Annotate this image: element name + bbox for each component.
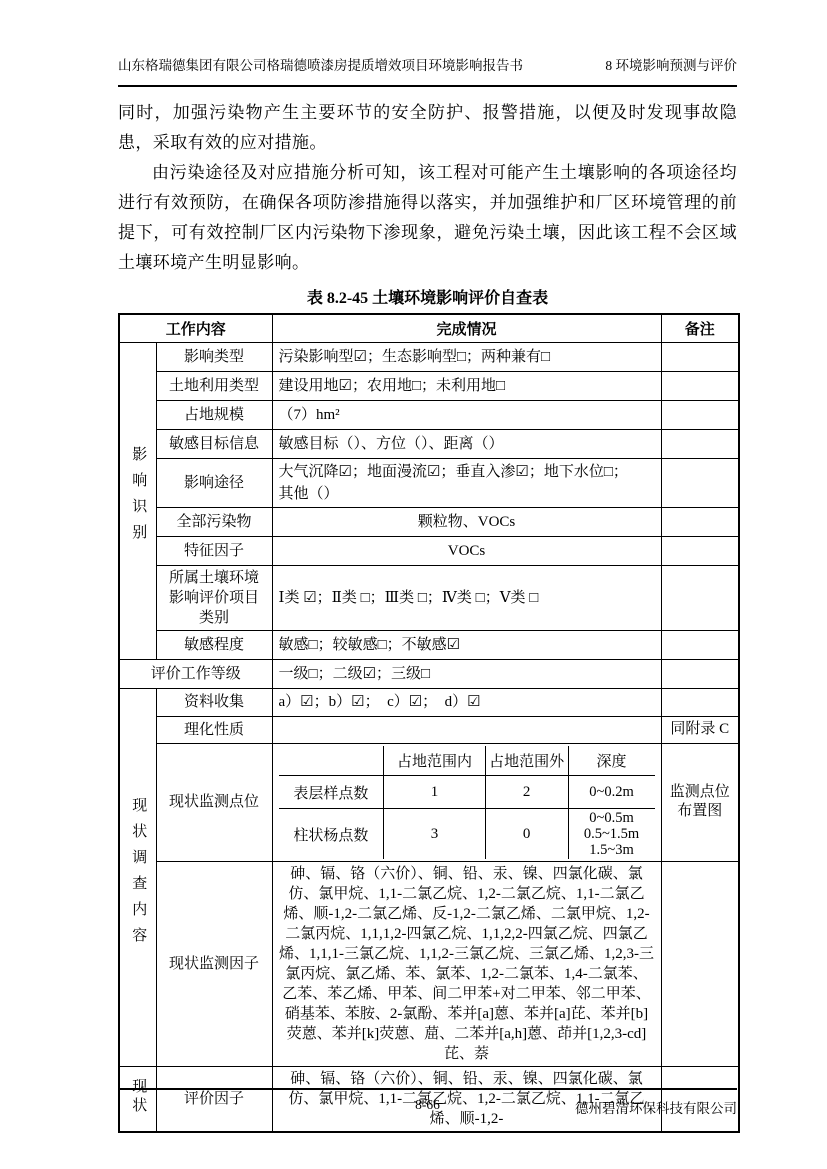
row-remark-cell [661,659,739,688]
row-label-cell: 评价工作等级 [119,659,272,688]
inner-inside-count: 3 [384,809,486,860]
row-label-cell: 影响途径 [156,458,272,507]
row-label-cell: 敏感目标信息 [156,429,272,458]
row-remark-cell [661,507,739,536]
inner-header-inside: 占地范围内 [384,746,486,776]
row-remark-cell [661,429,739,458]
inner-row-label: 柱状杨点数 [279,809,384,860]
header-completion: 完成情况 [272,314,661,342]
row-remark-cell [661,400,739,429]
row-label-cell: 现状监测点位 [156,743,272,862]
row-value-cell: 敏感目标（）、方位（）、距离（） [272,429,661,458]
row-label-cell: 现状监测因子 [156,862,272,1067]
table-title: 表 8.2-45 土壤环境影响评价自查表 [118,285,737,308]
group-survey-label: 现状调查内容 [130,797,145,953]
row-label-cell: 特征因子 [156,536,272,565]
row-evaluation-level: 评价工作等级 一级□；二级☑；三级□ [119,659,739,688]
row-value-cell: a）☑；b）☑； c）☑； d）☑ [272,688,661,716]
group-status-survey: 现状调查内容 [119,688,156,1067]
row-value-cell: VOCs [272,536,661,565]
row-impact-path: 影响途径 大气沉降☑；地面漫流☑；垂直入渗☑；地下水位□； 其他（） [119,458,739,507]
row-data-collection: 现状调查内容 资料收集 a）☑；b）☑； c）☑； d）☑ [119,688,739,716]
row-remark-cell [661,536,739,565]
row-label-cell: 理化性质 [156,716,272,743]
row-label-cell: 全部污染物 [156,507,272,536]
row-value-cell: 颗粒物、VOCs [272,507,661,536]
header-work-content: 工作内容 [119,314,272,342]
row-value-cell: 一级□；二级☑；三级□ [272,659,661,688]
row-monitoring-factors: 现状监测因子 砷、镉、铬（六价）、铜、铅、汞、镍、四氯化碳、氯仿、氯甲烷、1,1… [119,862,739,1067]
row-remark-cell [661,862,739,1067]
row-characteristic-factor: 特征因子 VOCs [119,536,739,565]
inner-header-depth: 深度 [568,746,655,776]
paragraph-1: 同时，加强污染物产生主要环节的安全防护、报警措施，以便及时发现事故隐患，采取有效… [118,98,737,158]
row-sensitivity: 敏感程度 敏感□；较敏感□；不敏感☑ [119,630,739,659]
inner-depth-value: 0~0.2m [568,776,655,809]
self-check-table: 工作内容 完成情况 备注 影响识别 影响类型 污染影响型☑；生态影响型□；两种兼… [118,313,740,1133]
row-sensitive-target-info: 敏感目标信息 敏感目标（）、方位（）、距离（） [119,429,739,458]
row-value-cell: 大气沉降☑；地面漫流☑；垂直入渗☑；地下水位□； 其他（） [272,458,661,507]
group-impact-identification: 影响识别 [119,342,156,659]
row-label-cell: 占地规模 [156,400,272,429]
row-value-cell: 污染影响型☑；生态影响型□；两种兼有□ [272,342,661,371]
row-remark-cell [661,458,739,507]
row-value-cell: （7）hm² [272,400,661,429]
row-physicochemical: 理化性质 同附录 C [119,716,739,743]
row-label-cell: 敏感程度 [156,630,272,659]
inner-row-label: 表层样点数 [279,776,384,809]
row-all-pollutants: 全部污染物 颗粒物、VOCs [119,507,739,536]
header-report-title: 山东格瑞德集团有限公司格瑞德喷漆房提质增效项目环境影响报告书 [118,54,523,74]
row-remark-cell [661,688,739,716]
row-remark-cell: 监测点位 布置图 [661,743,739,862]
inner-header-outside: 占地范围外 [485,746,568,776]
row-label-cell: 资料收集 [156,688,272,716]
header-remark: 备注 [661,314,739,342]
row-monitoring-points: 现状监测点位 占地范围内 占地范围外 深度 表层样点数 [119,743,739,862]
page-content: 同时，加强污染物产生主要环节的安全防护、报警措施，以便及时发现事故隐患，采取有效… [118,98,737,1133]
inner-depth-value: 0~0.5m 0.5~1.5m 1.5~3m [568,809,655,860]
document-page: 山东格瑞德集团有限公司格瑞德喷漆房提质增效项目环境影响报告书 8 环境影响预测与… [0,0,827,1169]
group-impact-label: 影响识别 [130,446,145,550]
row-area-scale: 占地规模 （7）hm² [119,400,739,429]
inner-row-column: 柱状杨点数 3 0 0~0.5m 0.5~1.5m 1.5~3m [279,809,655,860]
inner-inside-count: 1 [384,776,486,809]
footer-company: 德州碧清环保科技有限公司 [575,1097,737,1117]
row-project-category: 所属土壤环境影响评价项目类别 Ⅰ类 ☑；Ⅱ类 □；Ⅲ类 □；Ⅳ类 □；Ⅴ类 □ [119,565,739,630]
table-header-row: 工作内容 完成情况 备注 [119,314,739,342]
row-land-use: 土地利用类型 建设用地☑；农用地□；未利用地□ [119,371,739,400]
inner-outside-count: 2 [485,776,568,809]
inner-header-blank [279,746,384,776]
header-chapter-title: 8 环境影响预测与评价 [605,54,737,74]
row-remark-cell [661,371,739,400]
row-remark-cell [661,630,739,659]
row-value-cell: 建设用地☑；农用地□；未利用地□ [272,371,661,400]
row-label-cell: 影响类型 [156,342,272,371]
row-value-cell: 砷、镉、铬（六价）、铜、铅、汞、镍、四氯化碳、氯仿、氯甲烷、1,1-二氯乙烷、1… [272,862,661,1067]
inner-outside-count: 0 [485,809,568,860]
monitoring-points-cell: 占地范围内 占地范围外 深度 表层样点数 1 2 0~0.2m 柱状杨点数 [272,743,661,862]
inner-row-surface: 表层样点数 1 2 0~0.2m [279,776,655,809]
row-label-cell: 所属土壤环境影响评价项目类别 [156,565,272,630]
row-label-cell: 土地利用类型 [156,371,272,400]
row-remark-cell [661,565,739,630]
inner-header-row: 占地范围内 占地范围外 深度 [279,746,655,776]
row-remark-cell: 同附录 C [661,716,739,743]
row-value-cell: Ⅰ类 ☑；Ⅱ类 □；Ⅲ类 □；Ⅳ类 □；Ⅴ类 □ [272,565,661,630]
row-impact-type: 影响识别 影响类型 污染影响型☑；生态影响型□；两种兼有□ [119,342,739,371]
row-remark-cell [661,342,739,371]
page-header: 山东格瑞德集团有限公司格瑞德喷漆房提质增效项目环境影响报告书 8 环境影响预测与… [118,54,737,87]
row-value-cell: 敏感□；较敏感□；不敏感☑ [272,630,661,659]
row-value-cell [272,716,661,743]
page-footer: 8-66 德州碧清环保科技有限公司 [118,1088,737,1128]
monitoring-points-table: 占地范围内 占地范围外 深度 表层样点数 1 2 0~0.2m 柱状杨点数 [279,746,655,860]
paragraph-2: 由污染途径及对应措施分析可知，该工程对可能产生土壤影响的各项途径均进行有效预防，… [118,158,737,278]
